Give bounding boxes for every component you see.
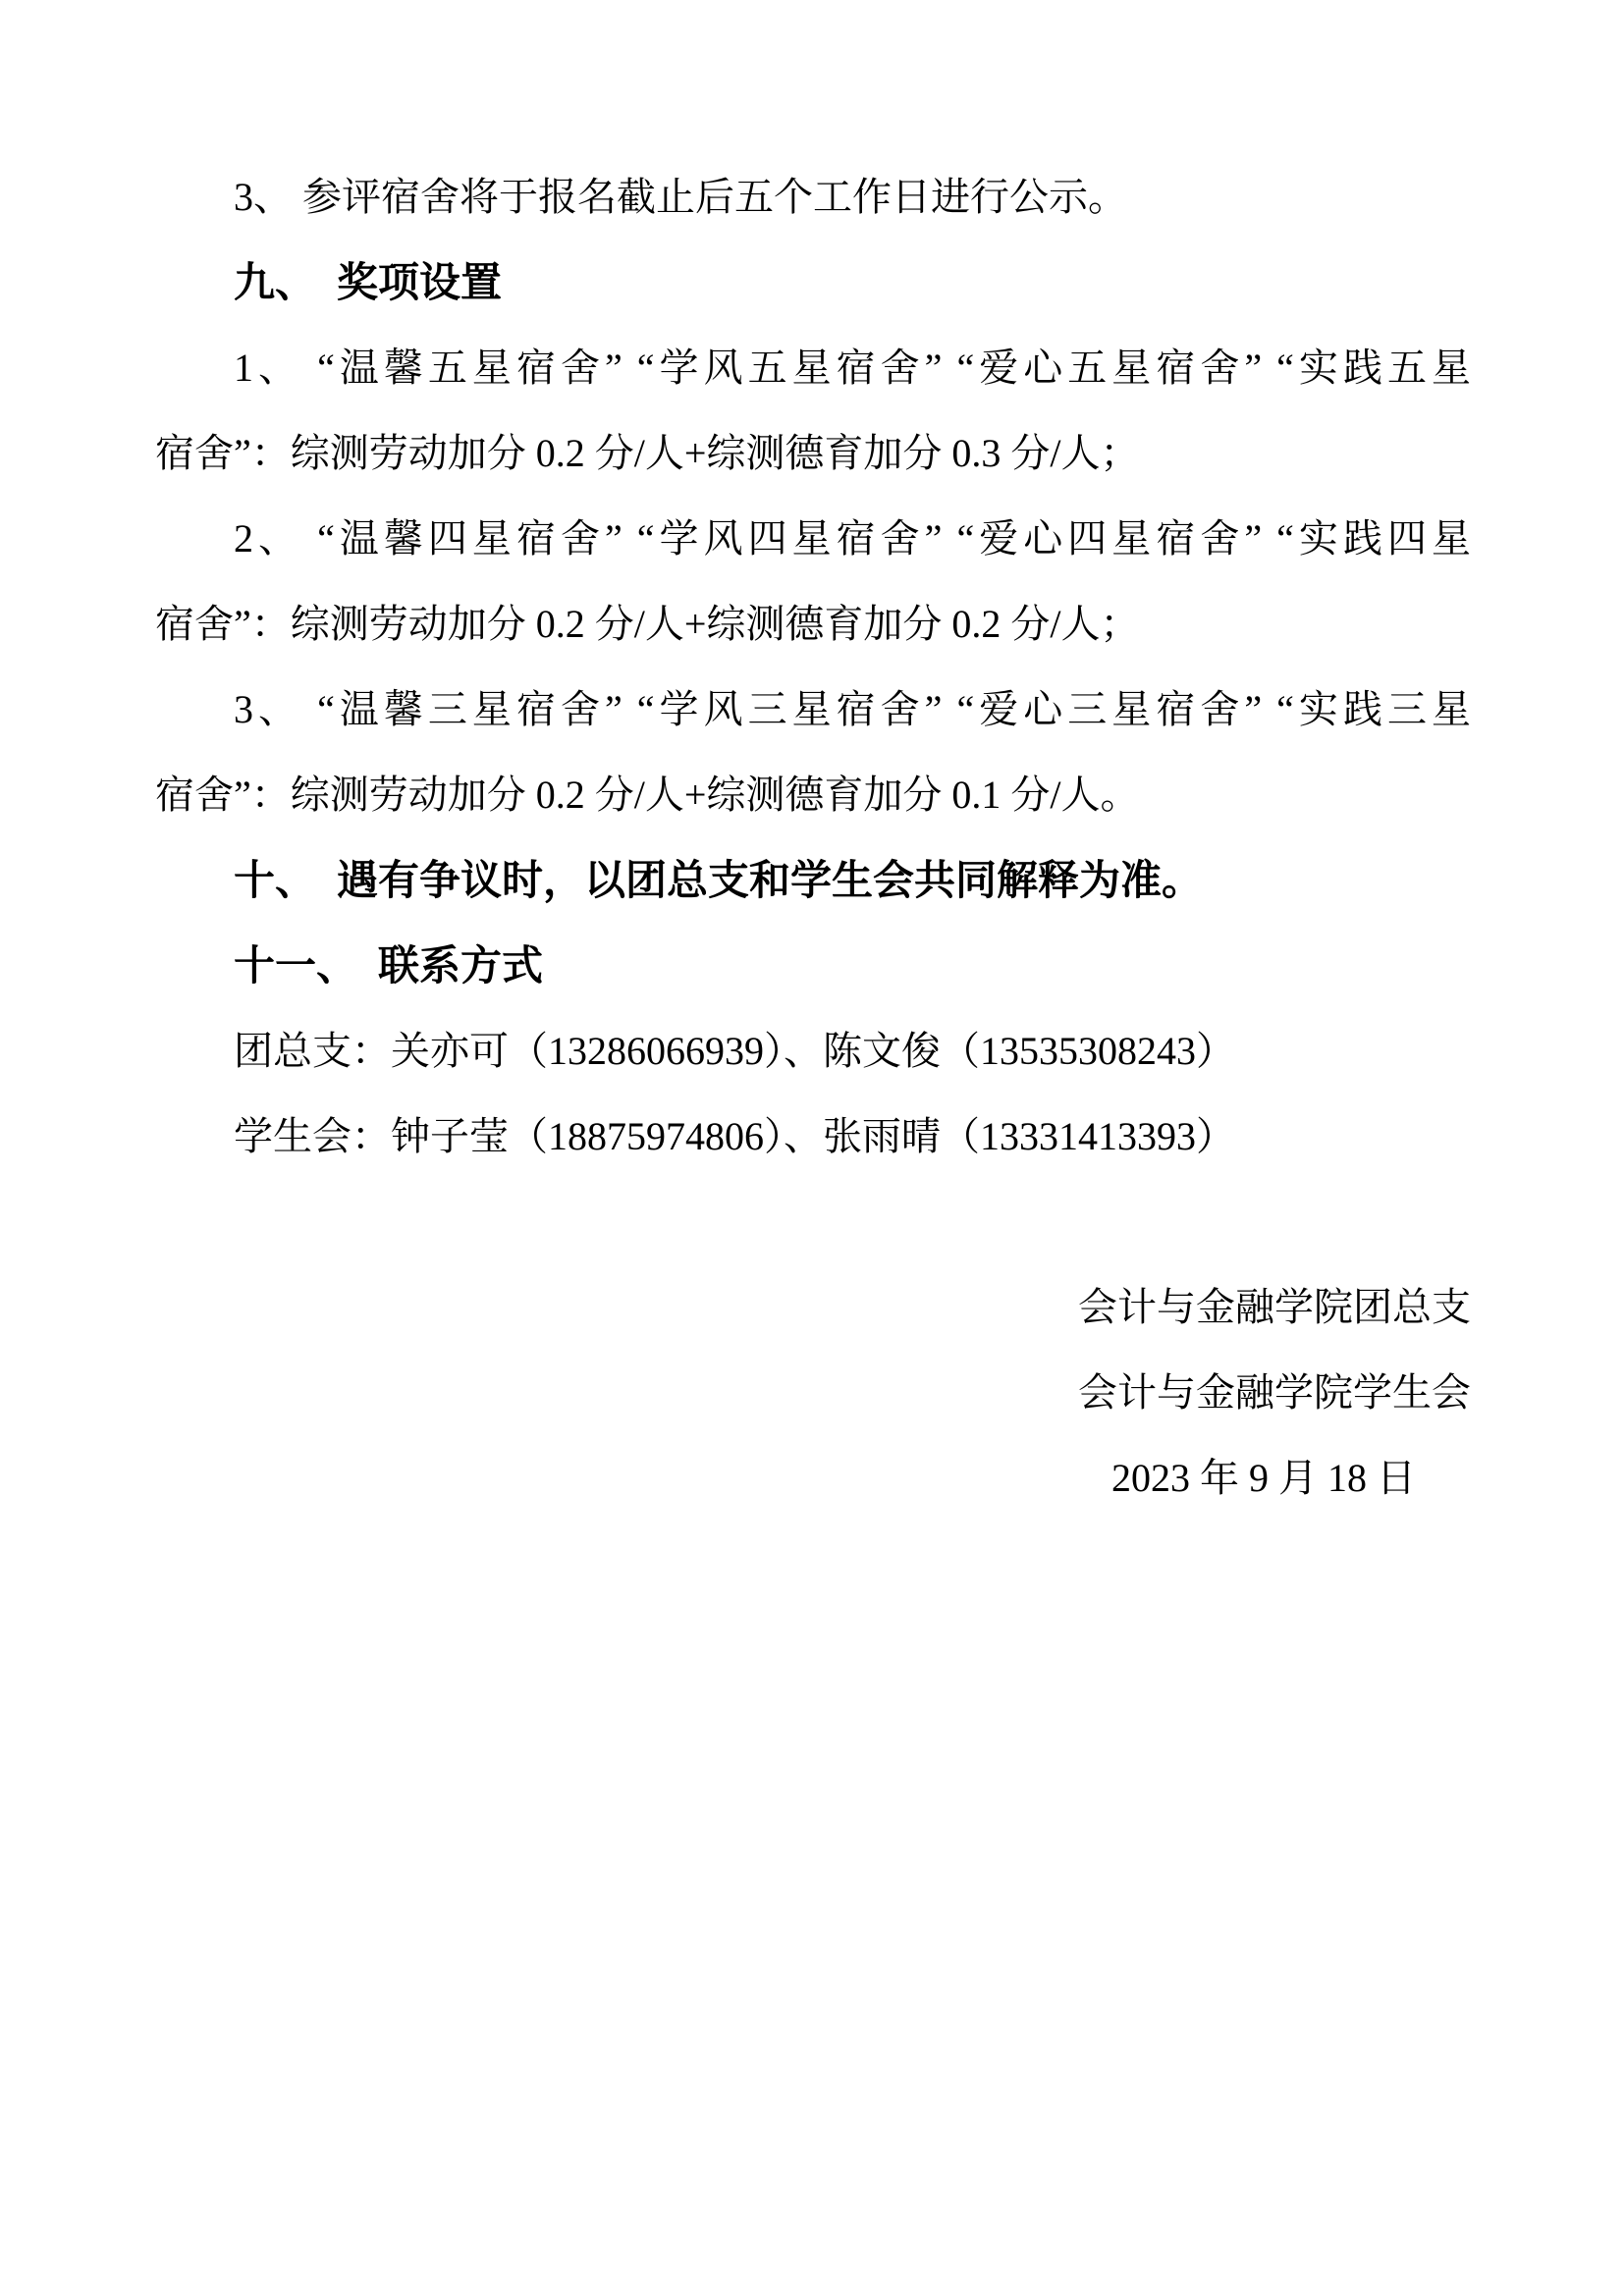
award-four-star-line2: 宿舍”：综测劳动加分 0.2 分/人+综测德育加分 0.2 分/人； [155,581,1471,667]
contact-student-union: 学生会：钟子莹（18875974806）、张雨晴（13331413393） [155,1094,1471,1179]
section11-heading: 十一、 联系方式 [155,923,1471,1008]
award-five-star-line1: 1、 “温馨五星宿舍” “学风五星宿舍” “爱心五星宿舍” “实践五星 [155,325,1471,410]
award-four-star-line1: 2、 “温馨四星宿舍” “学风四星宿舍” “爱心四星宿舍” “实践四星 [155,496,1471,581]
award-three-star-line1: 3、 “温馨三星宿舍” “学风三星宿舍” “爱心三星宿舍” “实践三星 [155,667,1471,752]
signature-org-student-union: 会计与金融学院学生会 [155,1350,1471,1435]
spacer-line [155,1179,1471,1264]
section10-heading: 十、 遇有争议时，以团总支和学生会共同解释为准。 [155,837,1471,923]
section9-heading: 九、 奖项设置 [155,240,1471,325]
document-page: 3、 参评宿舍将于报名截止后五个工作日进行公示。 九、 奖项设置 1、 “温馨五… [0,0,1624,2296]
paragraph-public-notice: 3、 参评宿舍将于报名截止后五个工作日进行公示。 [155,154,1471,240]
signature-org-league-branch: 会计与金融学院团总支 [155,1264,1471,1350]
contact-league-branch: 团总支：关亦可（13286066939）、陈文俊（13535308243） [155,1008,1471,1094]
award-five-star-line2: 宿舍”：综测劳动加分 0.2 分/人+综测德育加分 0.3 分/人； [155,410,1471,496]
award-three-star-line2: 宿舍”：综测劳动加分 0.2 分/人+综测德育加分 0.1 分/人。 [155,752,1471,837]
signature-date: 2023 年 9 月 18 日 [155,1435,1471,1521]
